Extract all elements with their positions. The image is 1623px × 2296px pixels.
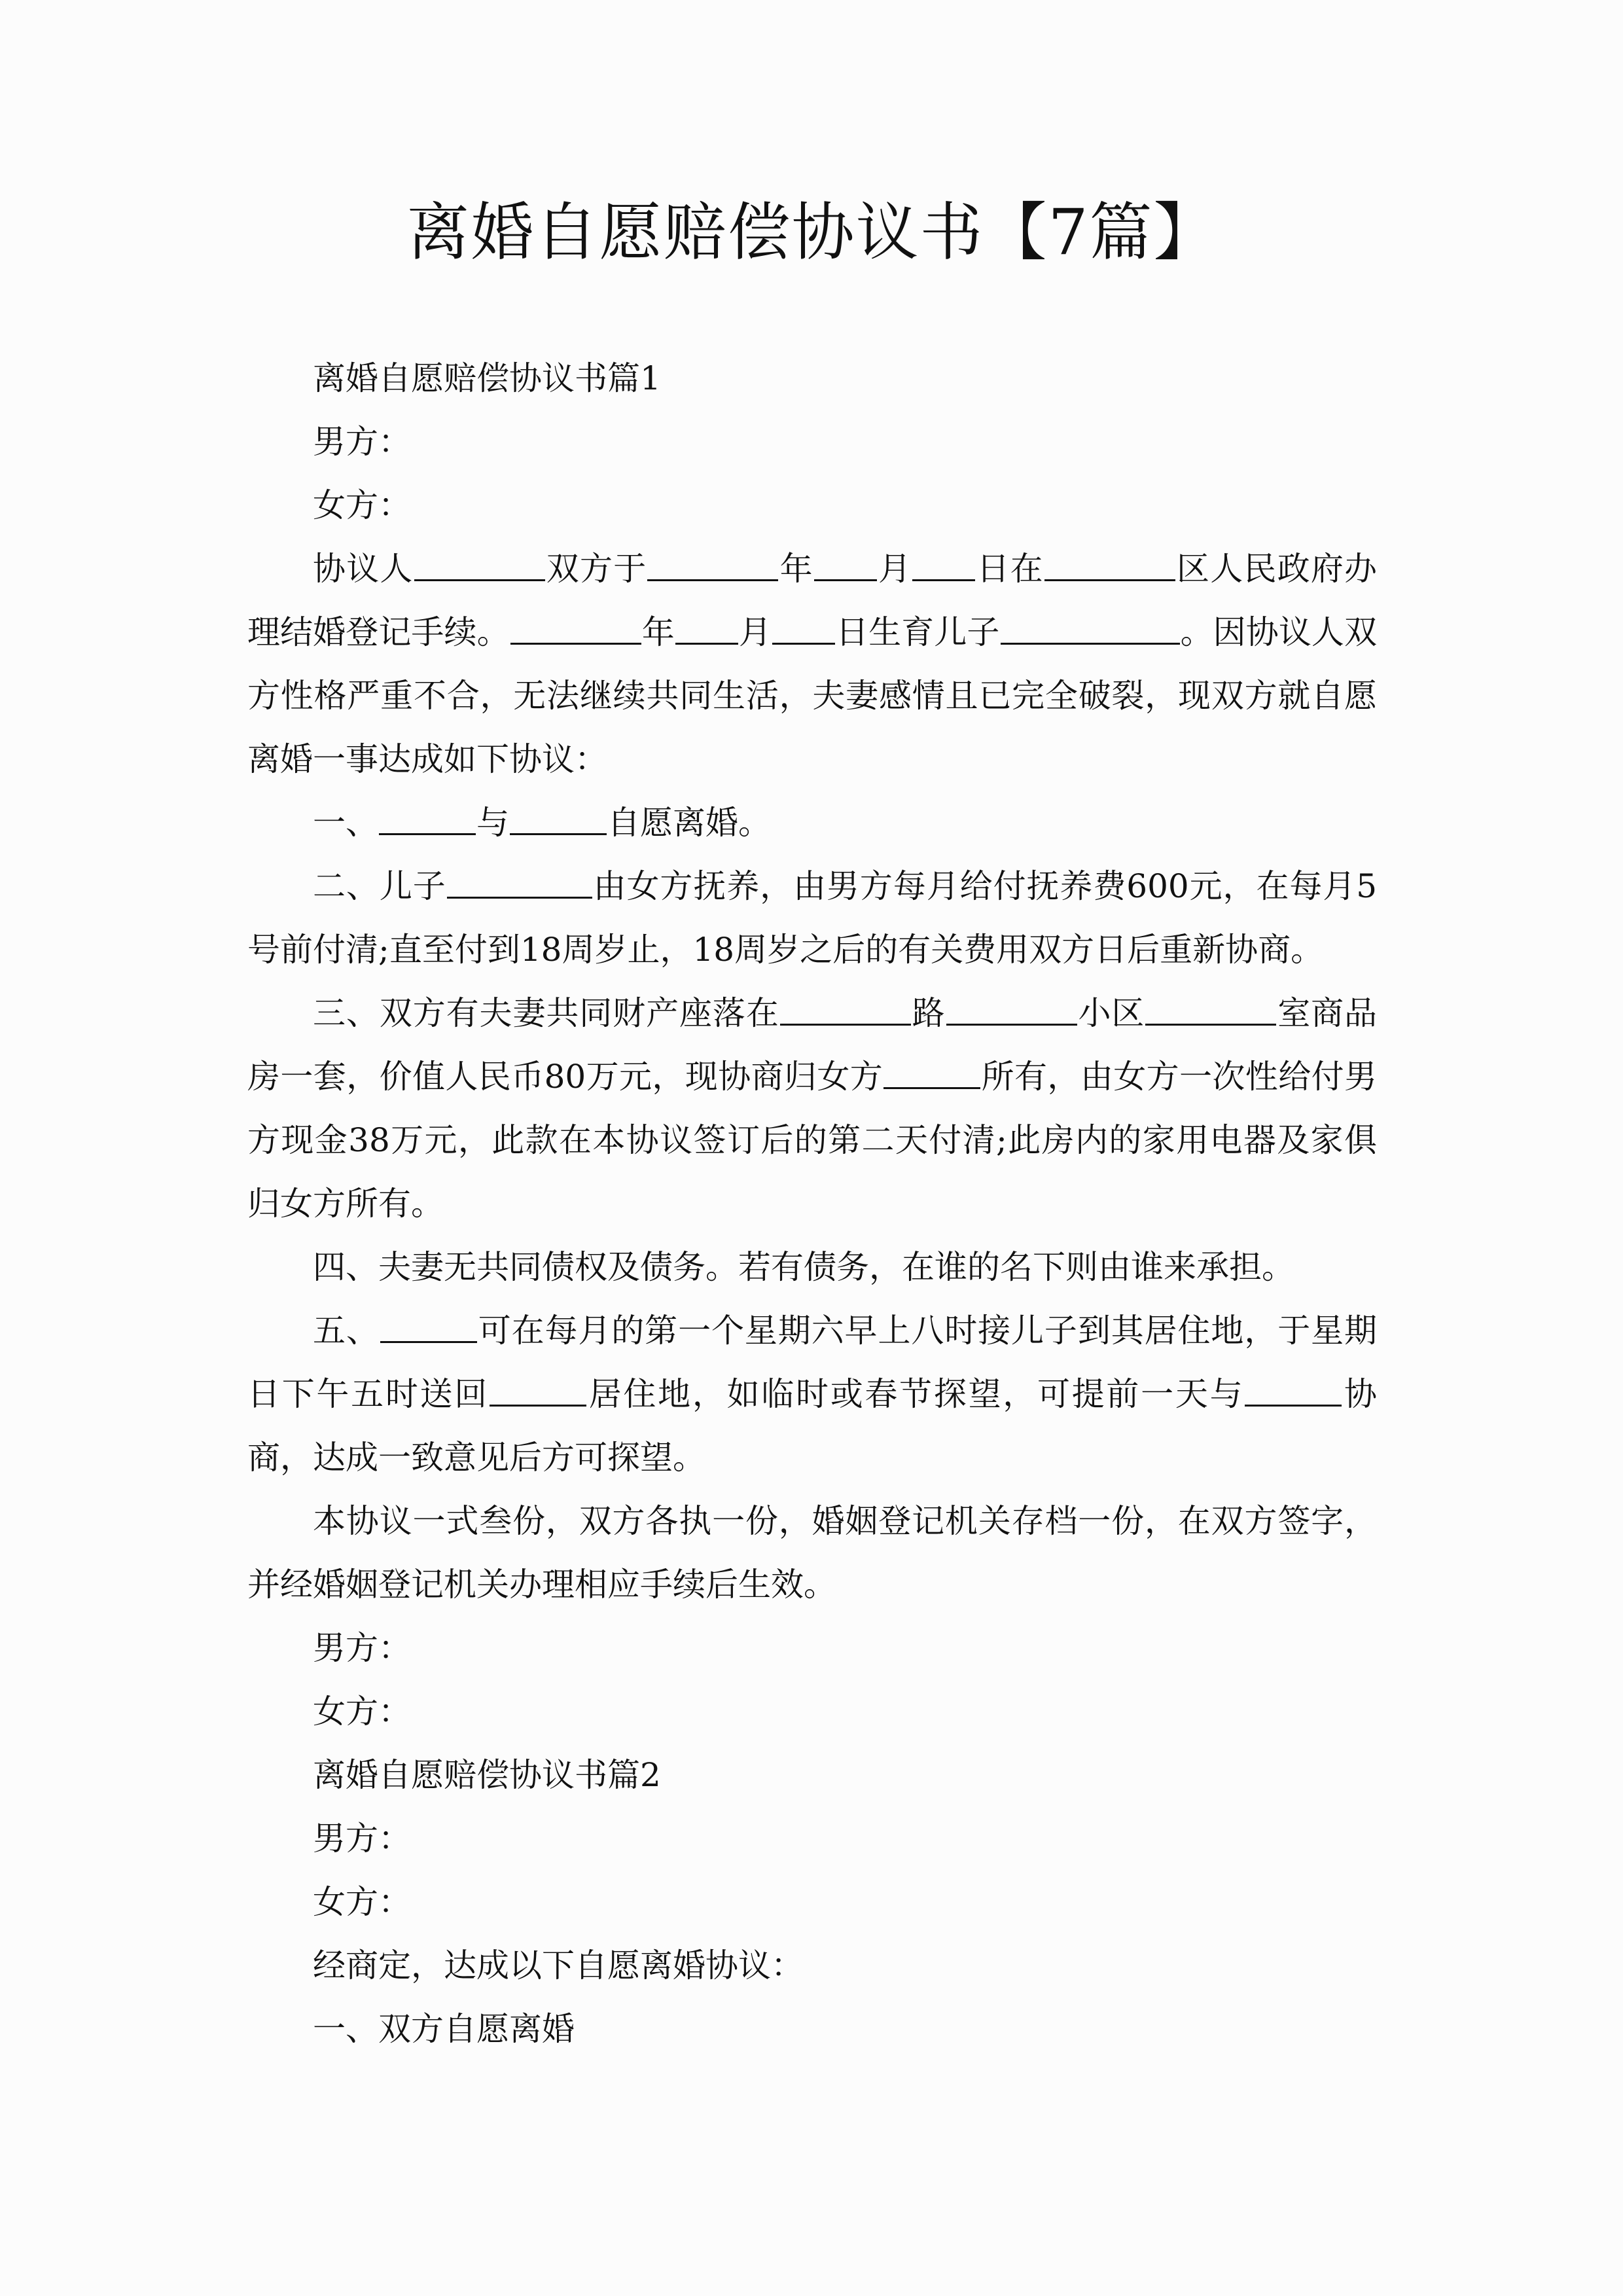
blank-party-a[interactable] <box>379 807 476 835</box>
intro-text: 日在 <box>976 550 1044 588</box>
intro-text: 双方于 <box>546 550 647 588</box>
signature-female: 女方： <box>247 1680 1377 1744</box>
blank-road[interactable] <box>780 997 911 1026</box>
clause-text: 三、双方有夫妻共同财产座落在 <box>313 994 779 1032</box>
clause-5: 五、可在每月的第一个星期六早上八时接儿子到其居住地，于星期日下午五时送回居住地，… <box>247 1299 1377 1490</box>
signature-male: 男方： <box>247 1617 1377 1680</box>
clause-text: 与 <box>476 804 509 842</box>
blank-community[interactable] <box>946 997 1077 1026</box>
blank-district[interactable] <box>1044 553 1175 581</box>
female-party-label-2: 女方： <box>247 1871 1377 1934</box>
blank-return-party[interactable] <box>490 1378 586 1407</box>
blank-birth-month[interactable] <box>675 617 738 645</box>
section-heading-1: 离婚自愿赔偿协议书篇1 <box>247 347 1377 410</box>
male-party-label: 男方： <box>247 410 1377 474</box>
intro-text: 日生育儿子 <box>836 613 1000 651</box>
clause-text: 五、 <box>313 1312 380 1350</box>
clause-4: 四、夫妻无共同债权及债务。若有债务，在谁的名下则由谁来承担。 <box>247 1236 1377 1299</box>
blank-birth-year[interactable] <box>510 617 641 645</box>
section2-clause-1: 一、双方自愿离婚 <box>247 1998 1377 2061</box>
section2-intro: 经商定，达成以下自愿离婚协议： <box>247 1934 1377 1998</box>
intro-text: 年 <box>779 550 813 588</box>
intro-text: 协议人 <box>313 550 414 588</box>
clause-3: 三、双方有夫妻共同财产座落在路小区室商品房一套，价值人民币80万元，现协商归女方… <box>247 982 1377 1236</box>
blank-visiting-party[interactable] <box>380 1315 477 1343</box>
blank-marriage-year[interactable] <box>647 553 778 581</box>
clause-1: 一、与自愿离婚。 <box>247 791 1377 855</box>
blank-party-b[interactable] <box>510 807 607 835</box>
blank-negotiate-party[interactable] <box>1245 1378 1342 1407</box>
blank-son-name[interactable] <box>1001 617 1180 645</box>
blank-room[interactable] <box>1145 997 1276 1026</box>
intro-text: 月 <box>739 613 772 651</box>
clause-text: 居住地，如临时或春节探望，可提前一天与 <box>587 1375 1244 1413</box>
blank-party-names[interactable] <box>414 553 545 581</box>
intro-text: 年 <box>642 613 675 651</box>
male-party-label-2: 男方： <box>247 1807 1377 1871</box>
clause-2: 二、儿子由女方抚养，由男方每月给付抚养费600元，在每月5号前付清;直至付到18… <box>247 855 1377 982</box>
blank-female-name[interactable] <box>883 1061 980 1089</box>
clause-text: 小区 <box>1078 994 1145 1032</box>
clause-text: 二、儿子 <box>313 867 446 905</box>
blank-birth-day[interactable] <box>772 617 835 645</box>
intro-text: 月 <box>878 550 912 588</box>
section-heading-2: 离婚自愿赔偿协议书篇2 <box>247 1744 1377 1807</box>
blank-marriage-month[interactable] <box>814 553 877 581</box>
clause-text: 一、 <box>313 804 378 842</box>
blank-son-name-2[interactable] <box>447 870 592 899</box>
female-party-label: 女方： <box>247 474 1377 537</box>
blank-marriage-day[interactable] <box>912 553 975 581</box>
clause-text: 自愿离婚。 <box>607 804 771 842</box>
closing-paragraph: 本协议一式叁份，双方各执一份，婚姻登记机关存档一份，在双方签字，并经婚姻登记机关… <box>247 1490 1377 1617</box>
document-body: 离婚自愿赔偿协议书篇1 男方： 女方： 协议人双方于年月日在区人民政府办理结婚登… <box>247 347 1377 2061</box>
intro-paragraph: 协议人双方于年月日在区人民政府办理结婚登记手续。年月日生育儿子。因协议人双方性格… <box>247 537 1377 791</box>
document-title: 离婚自愿赔偿协议书【7篇】 <box>247 196 1377 268</box>
clause-text: 路 <box>912 994 946 1032</box>
